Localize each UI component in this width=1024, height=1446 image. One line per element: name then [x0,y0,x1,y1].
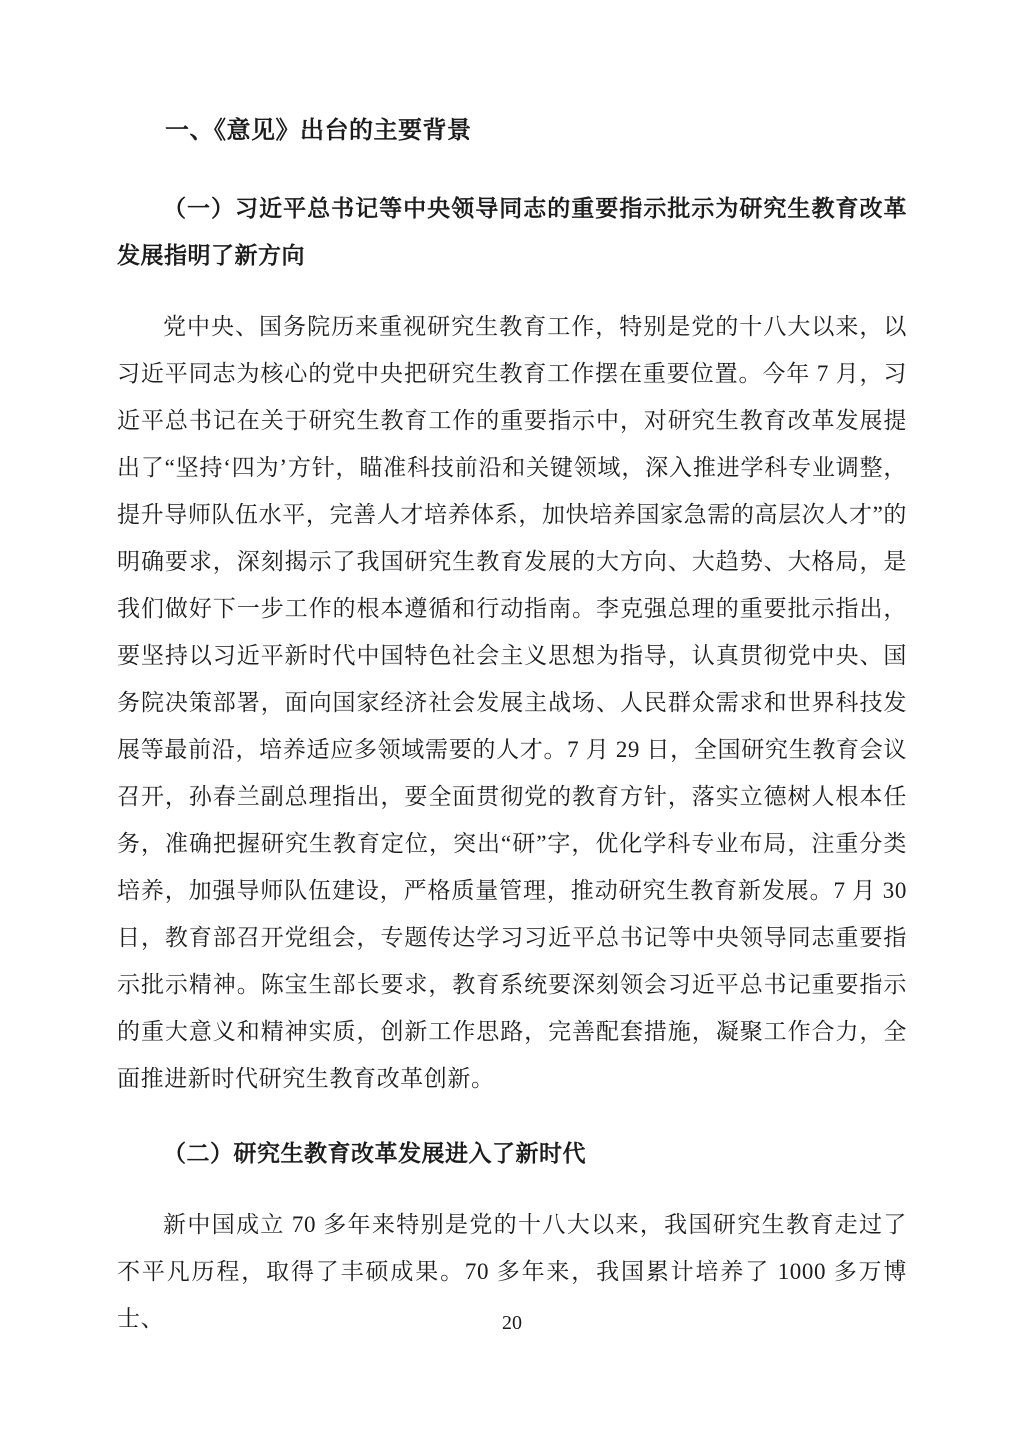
section-heading: 一、《意见》出台的主要背景 [117,107,907,154]
subsection-heading-2: （二）研究生教育改革发展进入了新时代 [117,1130,907,1177]
subsection-heading-1: （一）习近平总书记等中央领导同志的重要指示批示为研究生教育改革发展指明了新方向 [117,185,907,279]
page-number: 20 [0,1310,1024,1336]
document-page: 一、《意见》出台的主要背景 （一）习近平总书记等中央领导同志的重要指示批示为研究… [117,0,907,1342]
body-paragraph-1: 党中央、国务院历来重视研究生教育工作，特别是党的十八大以来，以习近平同志为核心的… [117,303,907,1102]
